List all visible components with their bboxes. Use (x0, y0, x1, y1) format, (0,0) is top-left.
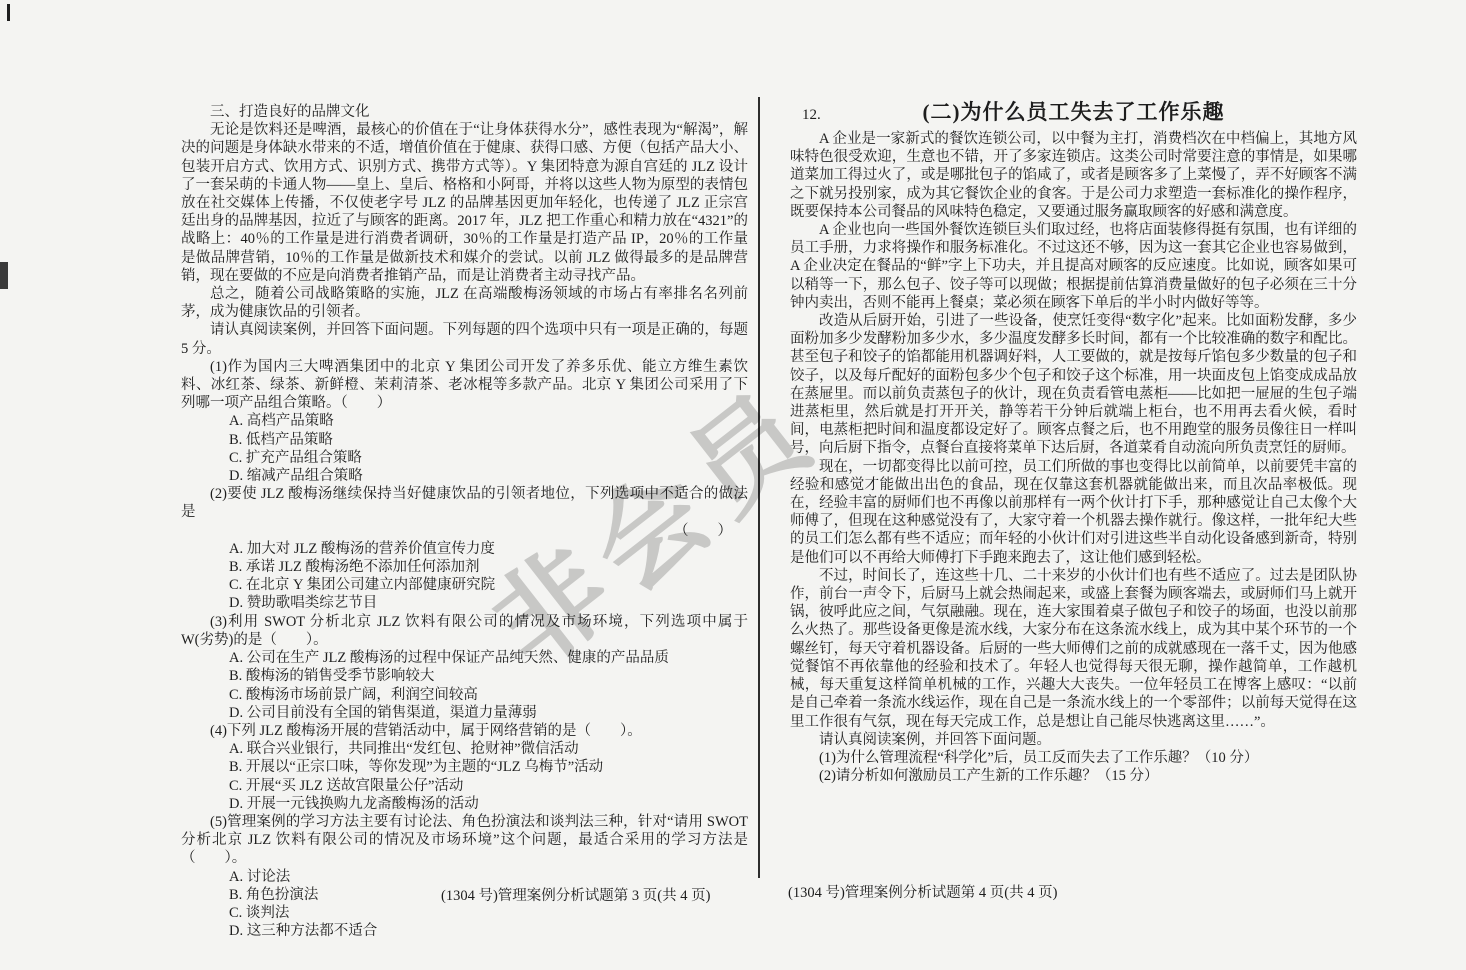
question-option: C. 谈判法 (181, 904, 748, 922)
case-title-row: 12. (二)为什么员工失去了工作乐趣 (790, 103, 1357, 130)
question-stem: (3)利用 SWOT 分析北京 JLZ 饮料有限公司的情况及市场环境，下列选项中… (181, 613, 748, 649)
question-option: A. 公司在生产 JLZ 酸梅汤的过程中保证产品纯天然、健康的产品品质 (181, 649, 748, 667)
question-5: (5)管理案例的学习方法主要有讨论法、角色扮演法和谈判法三种，针对“请用 SWO… (181, 813, 748, 940)
question-stem: (2)要使 JLZ 酸梅汤继续保持当好健康饮品的引领者地位，下列选项中不适合的做… (181, 485, 748, 521)
question-option: D. 赞助歌唱类综艺节目 (181, 594, 748, 612)
question-option: C. 在北京 Y 集团公司建立内部健康研究院 (181, 576, 748, 594)
question-option: A. 高档产品策略 (181, 412, 748, 430)
question-option: A. 加大对 JLZ 酸梅汤的营养价值宣传力度 (181, 540, 748, 558)
essay-question: (1)为什么管理流程“科学化”后，员工反而失去了工作乐趣？（10 分） (790, 749, 1357, 767)
question-option: B. 开展以“正宗口味，等你发现”为主题的“JLZ 乌梅节”活动 (181, 758, 748, 776)
exam-instructions: 请认真阅读案例，并回答下面问题。 (790, 731, 1357, 749)
question-3: (3)利用 SWOT 分析北京 JLZ 饮料有限公司的情况及市场环境，下列选项中… (181, 613, 748, 722)
case-paragraph: 现在，一切都变得比以前可控，员工们所做的事也变得比以前简单，以前要凭丰富的经验和… (790, 458, 1357, 567)
question-option: D. 这三种方法都不适合 (181, 922, 748, 940)
case-title: (二)为什么员工失去了工作乐趣 (923, 100, 1225, 124)
exam-instructions: 请认真阅读案例，并回答下面问题。下列每题的四个选项中只有一项是正确的，每题 5 … (181, 321, 748, 357)
case-paragraph: 无论是饮料还是啤酒，最核心的价值在于“让身体获得水分”，感性表现为“解渴”，解决… (181, 121, 748, 285)
case-paragraph: 改造从后厨开始，引进了一些设备，使烹饪变得“数字化”起来。比如面粉发酵，多少面粉… (790, 312, 1357, 458)
case-paragraph: 总之，随着公司战略策略的实施，JLZ 在高端酸梅汤领域的市场占有率排名名列前茅，… (181, 285, 748, 321)
question-option: A. 联合兴业银行，共同推出“发红包、抢财神”微信活动 (181, 740, 748, 758)
section-heading: 三、打造良好的品牌文化 (181, 103, 748, 121)
page-4-footer: (1304 号)管理案例分析试题第 4 页(共 4 页) (788, 881, 1057, 902)
essay-question: (2)请分析如何激励员工产生新的工作乐趣？（15 分） (790, 767, 1357, 785)
case-paragraph: A 企业是一家新式的餐饮连锁公司，以中餐为主打，消费档次在中档偏上，其地方风味特… (790, 130, 1357, 221)
question-option: D. 缩减产品组合策略 (181, 467, 748, 485)
scan-artifact-left-edge (0, 262, 8, 289)
question-option: B. 承诺 JLZ 酸梅汤绝不添加任何添加剂 (181, 558, 748, 576)
question-option: C. 开展“买 JLZ 送故宫限量公仔”活动 (181, 777, 748, 795)
question-option: B. 酸梅汤的销售受季节影响较大 (181, 667, 748, 685)
exam-item-number: 12. (802, 106, 821, 124)
case-paragraph: A 企业也向一些国外餐饮连锁巨头们取过经，也将店面装修得挺有氛围，也有详细的员工… (790, 221, 1357, 312)
question-option: B. 低档产品策略 (181, 431, 748, 449)
question-option: D. 公司目前没有全国的销售渠道，渠道力量薄弱 (181, 704, 748, 722)
scan-artifact-top-left (7, 4, 10, 21)
question-stem: (1)作为国内三大啤酒集团中的北京 Y 集团公司开发了养多乐优、能立方维生素饮料… (181, 358, 748, 413)
question-2: (2)要使 JLZ 酸梅汤继续保持当好健康饮品的引领者地位，下列选项中不适合的做… (181, 485, 748, 612)
question-option: D. 开展一元钱换购九龙斋酸梅汤的活动 (181, 795, 748, 813)
question-stem: (5)管理案例的学习方法主要有讨论法、角色扮演法和谈判法三种，针对“请用 SWO… (181, 813, 748, 868)
question-option: C. 扩充产品组合策略 (181, 449, 748, 467)
answer-bracket: （ ） (181, 522, 748, 540)
question-4: (4)下列 JLZ 酸梅汤开展的营销活动中，属于网络营销的是（ ）。 A. 联合… (181, 722, 748, 813)
page-4: 12. (二)为什么员工失去了工作乐趣 A 企业是一家新式的餐饮连锁公司，以中餐… (790, 103, 1357, 785)
question-option: A. 讨论法 (181, 868, 748, 886)
page-3: 三、打造良好的品牌文化 无论是饮料还是啤酒，最核心的价值在于“让身体获得水分”，… (181, 103, 748, 940)
page-divider-line (758, 97, 760, 878)
question-1: (1)作为国内三大啤酒集团中的北京 Y 集团公司开发了养多乐优、能立方维生素饮料… (181, 358, 748, 485)
case-paragraph: 不过，时间长了，连这些十几、二十来岁的小伙计们也有些不适应了。过去是团队协作，前… (790, 567, 1357, 731)
page-3-footer: (1304 号)管理案例分析试题第 3 页(共 4 页) (441, 884, 710, 905)
question-stem: (4)下列 JLZ 酸梅汤开展的营销活动中，属于网络营销的是（ ）。 (181, 722, 748, 740)
question-option: C. 酸梅汤市场前景广阔，利润空间较高 (181, 686, 748, 704)
